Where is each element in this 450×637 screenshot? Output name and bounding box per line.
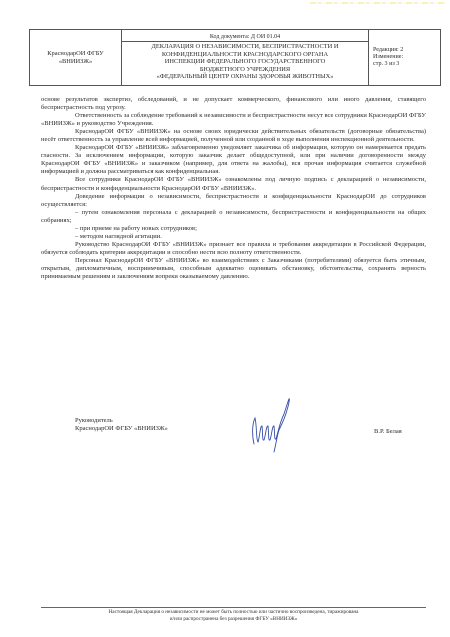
document-title: ДЕКЛАРАЦИЯ О НЕЗАВИСИМОСТИ, БЕСПРИСТРАСТ…: [122, 42, 368, 81]
change-label: Изменение:: [373, 54, 440, 61]
title-line: БЮДЖЕТНОГО УЧРЕЖДЕНИЯ: [124, 66, 366, 73]
handwritten-signature-icon: [248, 396, 293, 454]
title-line: ИНСПЕКЦИИ ФЕДЕРАЛЬНОГО ГОСУДАРСТВЕННОГО: [124, 58, 366, 65]
paragraph: Доведение информации о независимости, бе…: [41, 193, 426, 209]
signatory-block: Руководитель КраснодарОИ ФГБУ «ВНИИЗЖ»: [75, 417, 168, 433]
title-line: «ФЕДЕРАЛЬНЫЙ ЦЕНТР ОХРАНЫ ЗДОРОВЬЯ ЖИВОТ…: [124, 73, 366, 80]
page-number: стр. 3 из 3: [373, 61, 440, 68]
signatory-position: Руководитель: [75, 417, 168, 425]
footer-line-1: Настоящая Декларация о независимости не …: [41, 609, 426, 616]
footer-notice: Настоящая Декларация о независимости не …: [41, 609, 426, 623]
paragraph: Руководство КраснодарОИ ФГБУ «ВНИИЗЖ» пр…: [41, 241, 426, 257]
paragraph: основе результатов экспертиз, обследован…: [41, 96, 426, 112]
document-code: Код документа: Д ОИ 01.04: [122, 33, 368, 42]
paragraph: Все сотрудники КраснодарОИ ФГБУ «ВНИИЗЖ»…: [41, 176, 426, 192]
signatory-organization: КраснодарОИ ФГБУ «ВНИИЗЖ»: [75, 425, 168, 433]
title-line: КОНФИДЕНЦИАЛЬНОСТИ КРАСНОДАРСКОГО ОРГАНА: [124, 51, 366, 58]
footer-divider: [41, 607, 426, 608]
list-item: – путем ознакомления персонала с деклара…: [41, 209, 426, 225]
title-line: ДЕКЛАРАЦИЯ О НЕЗАВИСИМОСТИ, БЕСПРИСТРАСТ…: [124, 43, 366, 50]
title-cell: Код документа: Д ОИ 01.04 ДЕКЛАРАЦИЯ О Н…: [122, 30, 369, 86]
footer-line-2: и/или распространена без разрешения ФГБУ…: [41, 616, 426, 623]
organization-cell: КраснодарОИ ФГБУ «ВНИИЗЖ»: [30, 30, 122, 86]
scan-artifact: [310, 2, 445, 4]
revision-label: Редакция: 2: [373, 47, 440, 54]
paragraph: Ответственность за соблюдение требований…: [41, 112, 426, 128]
paragraph: КраснодарОИ ФГБУ «ВНИИЗЖ» на основе свои…: [41, 128, 426, 144]
revision-cell: Редакция: 2 Изменение: стр. 3 из 3: [369, 30, 441, 86]
list-item: – методом наглядной агитации.: [41, 233, 426, 241]
document-header-table: КраснодарОИ ФГБУ «ВНИИЗЖ» Код документа:…: [29, 29, 441, 86]
list-item: – при приеме на работу новых сотрудников…: [41, 225, 426, 233]
signatory-name: В.Р. Белая: [374, 428, 402, 435]
paragraph: КраснодарОИ ФГБУ «ВНИИЗЖ» заблаговременн…: [41, 144, 426, 176]
organization-name: КраснодарОИ ФГБУ «ВНИИЗЖ»: [47, 50, 103, 65]
declaration-body: основе результатов экспертиз, обследован…: [41, 96, 426, 281]
paragraph: Персонал КраснодарОИ ФГБУ «ВНИИЗЖ» во вз…: [41, 257, 426, 281]
